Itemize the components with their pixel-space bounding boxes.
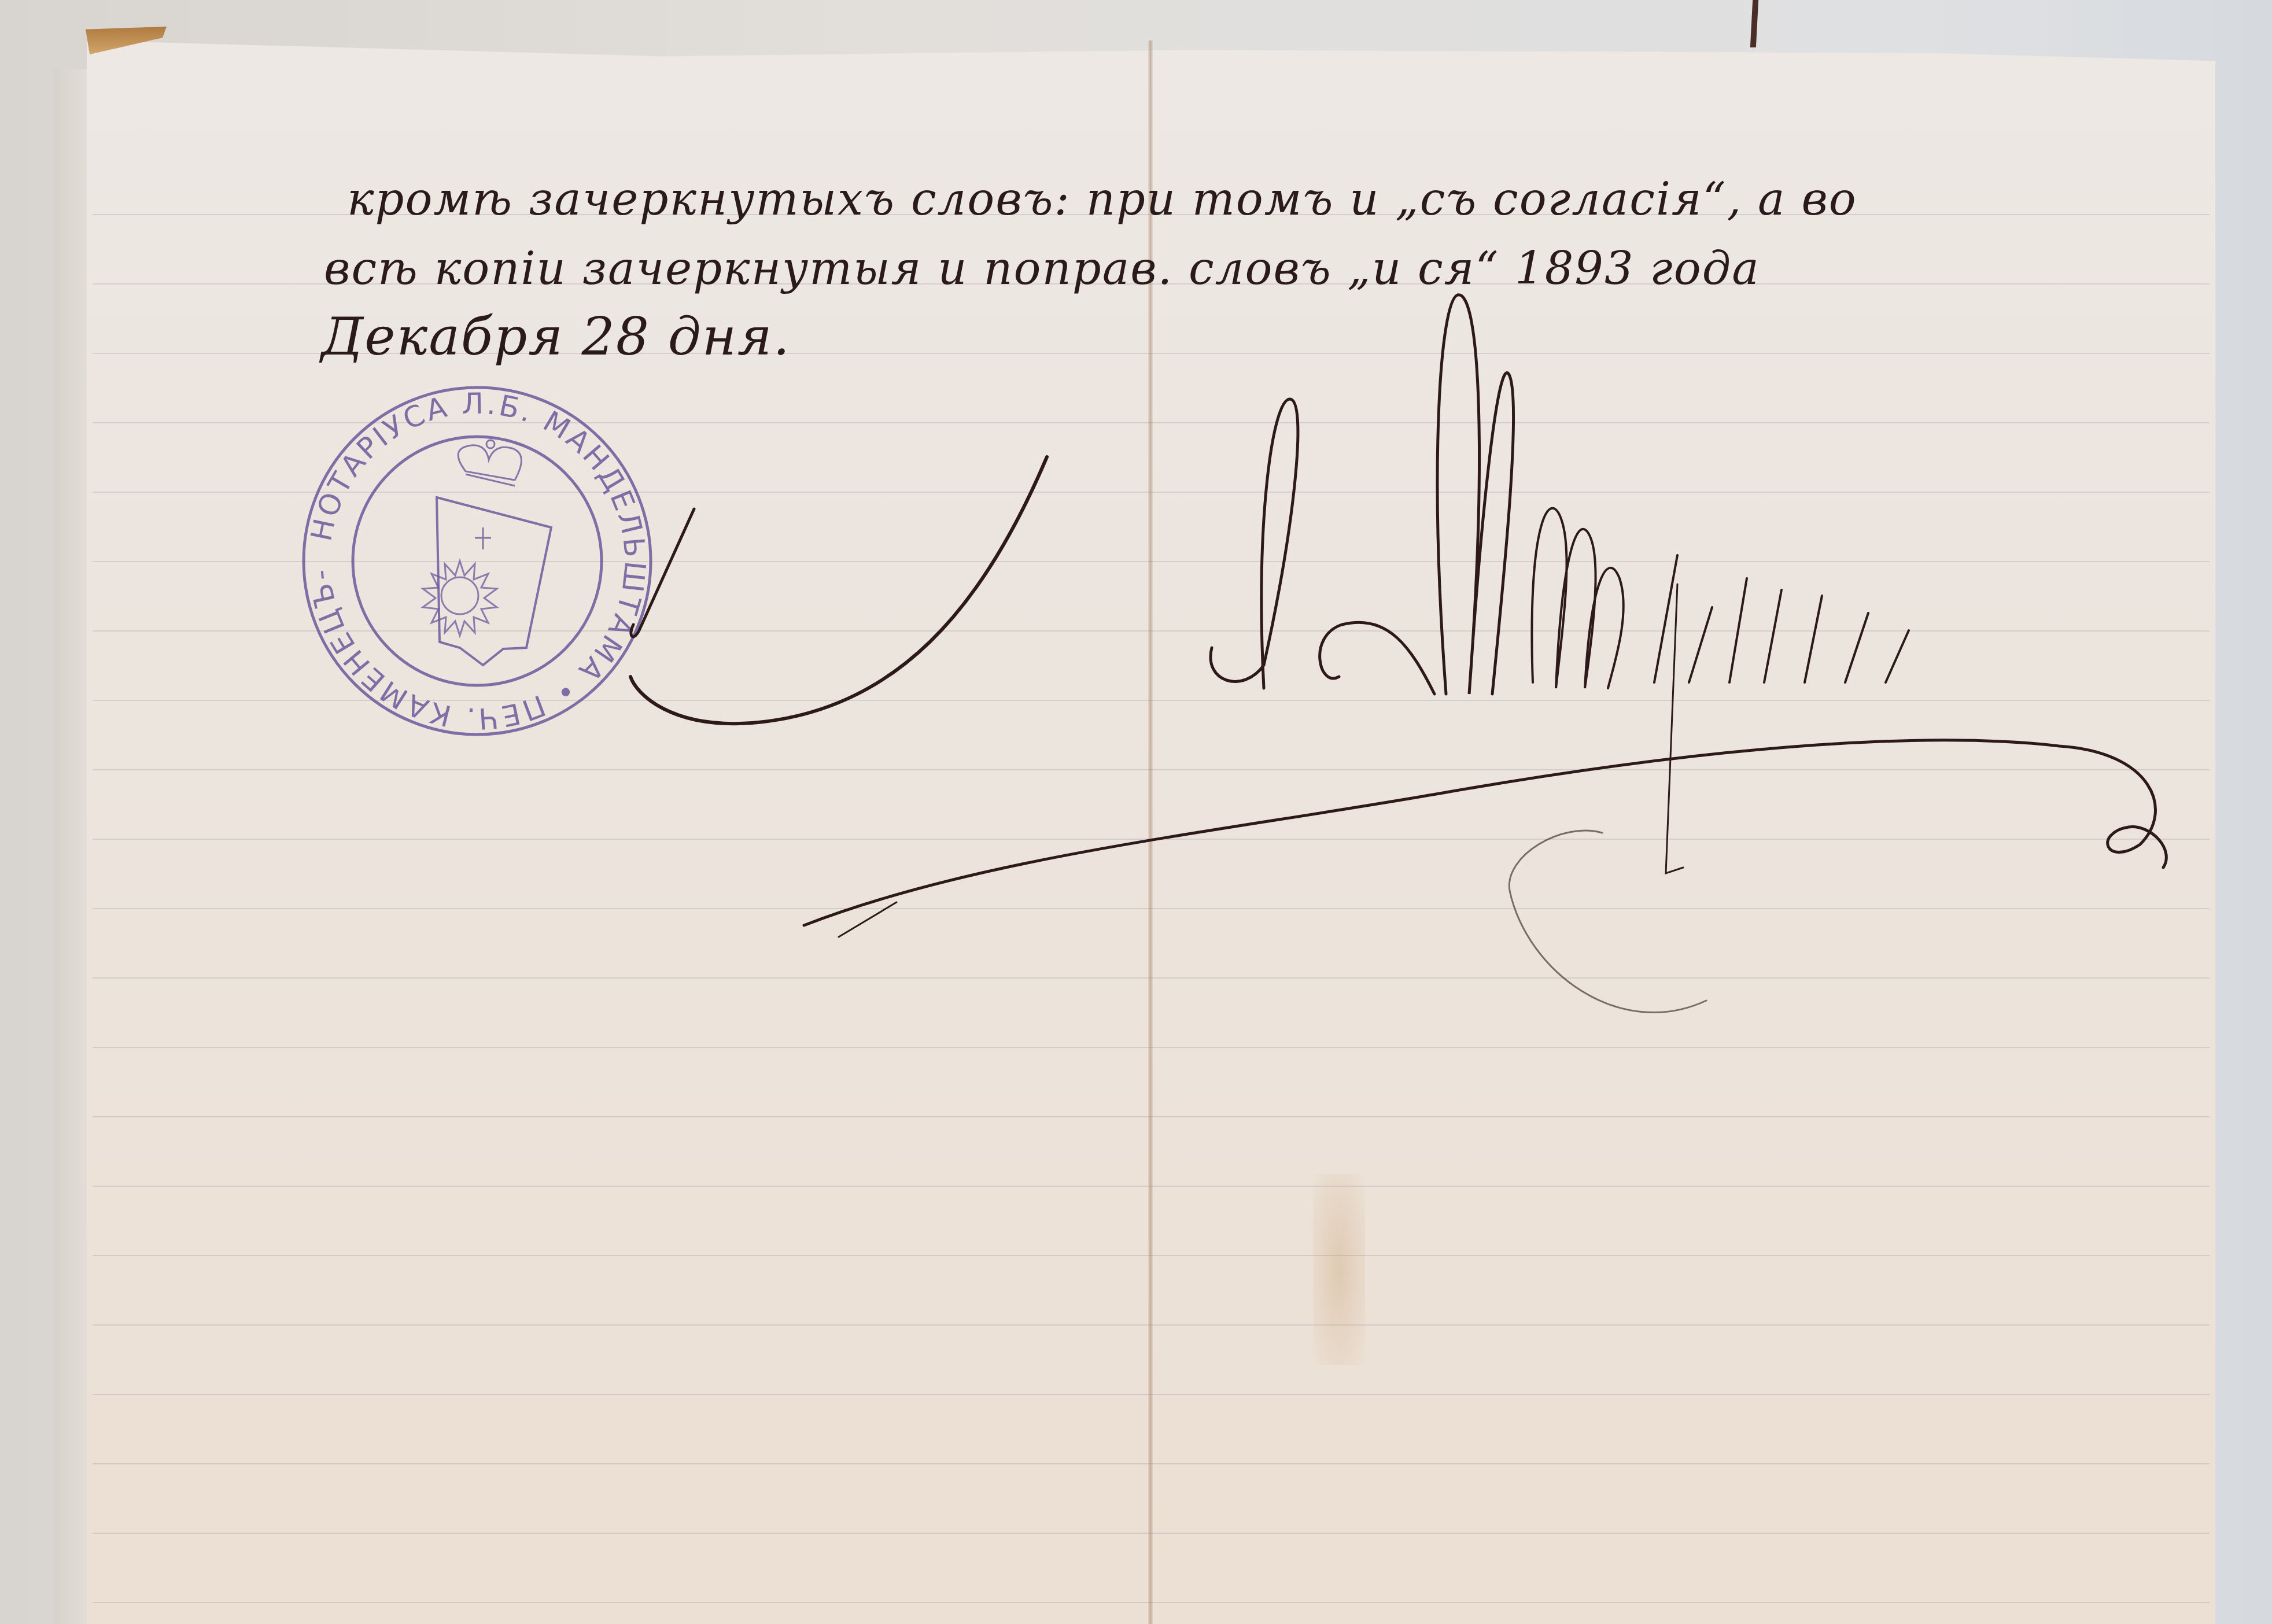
handwritten-line-3-date: Декабря 28 дня. [321,307,791,367]
svg-text:НОТАРІУСА Л.Б. МАНДЕЛЬШТАМА •: НОТАРІУСА Л.Б. МАНДЕЛЬШТАМА • ПЕЧ. КАМЕН… [292,376,652,736]
notary-stamp: НОТАРІУСА Л.Б. МАНДЕЛЬШТАМА • ПЕЧ. КАМЕН… [292,376,662,746]
sun-icon [423,561,497,636]
shield-icon [437,497,551,665]
paper-stain [1313,1174,1365,1365]
cross-icon [475,527,491,549]
handwritten-line-2: всѣ копіи зачеркнутыя и поправ. словъ „и… [324,243,1760,295]
page-left-edge [55,69,90,1624]
handwritten-line-1: кромѣ зачеркнутыхъ словъ: при томъ и „съ… [347,174,1857,226]
stamp-ring-text: НОТАРІУСА Л.Б. МАНДЕЛЬШТАМА • ПЕЧ. КАМЕН… [292,376,652,736]
crown-icon [458,440,521,486]
